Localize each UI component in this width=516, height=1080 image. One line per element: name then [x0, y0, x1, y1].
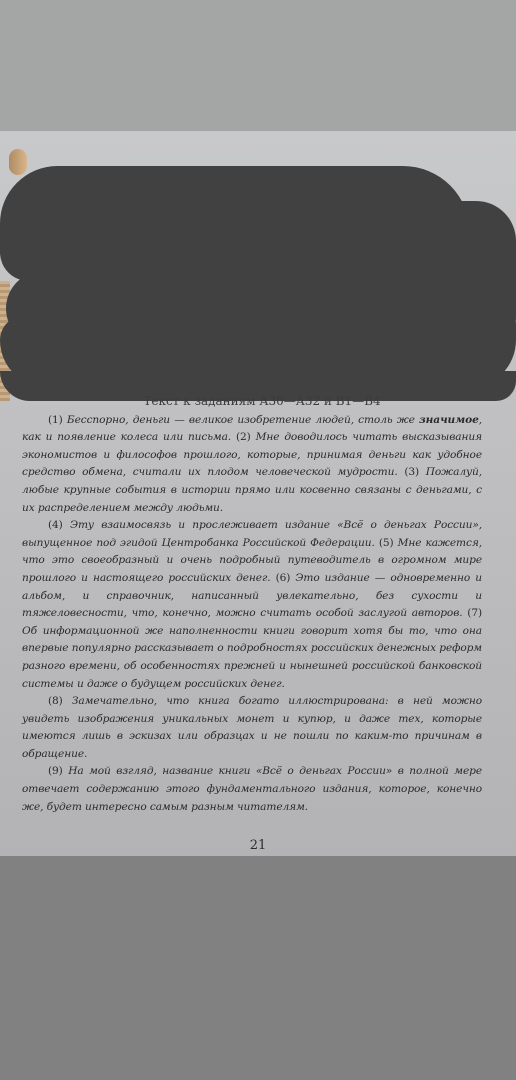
textbook-photo: Текст к заданиям А30—А32 и В1—В4 (1) Бес… — [0, 131, 516, 856]
sentence-number: (7) — [467, 607, 482, 619]
page-number: 21 — [0, 838, 516, 853]
sentence-number: (2) — [236, 431, 251, 443]
paragraph-3: (8) Замечательно, что книга богато иллюс… — [22, 693, 482, 763]
sentence-number: (5) — [379, 537, 394, 549]
binder-ring — [9, 149, 27, 175]
sentence-number: (9) — [48, 765, 63, 777]
background-bottom — [0, 856, 516, 1080]
sentence-text: Замечательно, что книга богато иллюстрир… — [22, 695, 482, 760]
paragraph-1: (1) Бесспорно, деньги — великое изобрете… — [22, 412, 482, 518]
document-text: Текст к заданиям А30—А32 и В1—В4 (1) Бес… — [22, 393, 482, 816]
sentence-number: (3) — [404, 466, 419, 478]
sentence-number: (8) — [48, 695, 63, 707]
paragraph-2: (4) Эту взаимосвязь и прослеживает издан… — [22, 517, 482, 693]
sentence-text: На мой взгляд, название книги «Всё о ден… — [22, 765, 482, 812]
bold-word: значимое — [419, 414, 479, 426]
sentence-number: (1) — [48, 414, 63, 426]
sentence-text: Бесспорно, деньги — великое изобретение … — [63, 414, 419, 426]
sentence-number: (4) — [48, 519, 63, 531]
sentence-number: (6) — [276, 572, 291, 584]
document-title: Текст к заданиям А30—А32 и В1—В4 — [22, 393, 482, 411]
paragraph-4: (9) На мой взгляд, название книги «Всё о… — [22, 763, 482, 816]
sentence-text: Об информационной же наполненности книги… — [22, 625, 482, 690]
